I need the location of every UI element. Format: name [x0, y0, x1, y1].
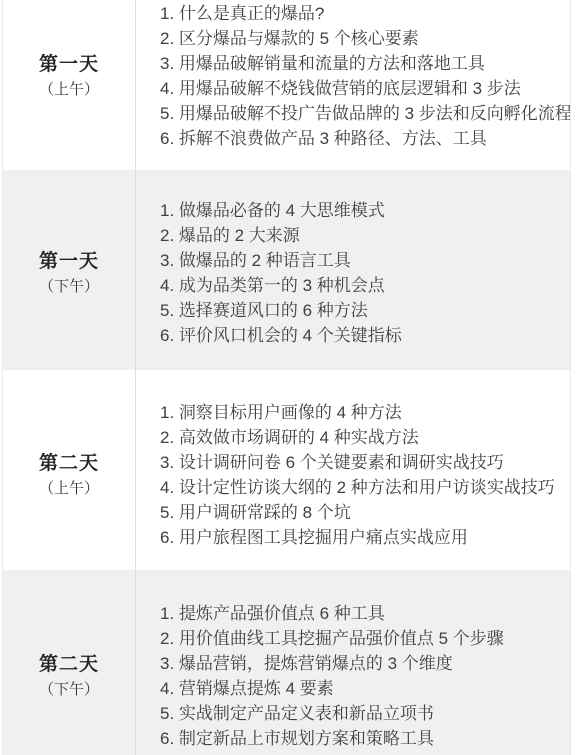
day-cell: 第一天 （下午）: [3, 170, 136, 370]
topic-item: 4. 成为品类第一的 3 种机会点: [160, 273, 402, 298]
topic-item: 5. 用户调研常踩的 8 个坑: [160, 500, 555, 525]
topics-cell: 1. 什么是真正的爆品? 2. 区分爆品与爆款的 5 个核心要素 3. 用爆品破…: [136, 0, 570, 170]
session-label: （下午）: [39, 679, 99, 701]
day-cell: 第二天 （上午）: [3, 370, 136, 570]
course-schedule-table: 第一天 （上午） 1. 什么是真正的爆品? 2. 区分爆品与爆款的 5 个核心要…: [2, 0, 571, 755]
topic-item: 5. 用爆品破解不投广告做品牌的 3 步法和反向孵化流程: [160, 101, 570, 126]
topic-item: 5. 选择赛道风口的 6 种方法: [160, 298, 402, 323]
topic-item: 6. 拆解不浪费做产品 3 种路径、方法、工具: [160, 126, 570, 151]
session-label: （上午）: [39, 79, 99, 101]
day-cell: 第二天 （下午）: [3, 570, 136, 755]
topic-item: 2. 区分爆品与爆款的 5 个核心要素: [160, 26, 570, 51]
topic-item: 3. 设计调研问卷 6 个关键要素和调研实战技巧: [160, 450, 555, 475]
topic-item: 4. 用爆品破解不烧钱做营销的底层逻辑和 3 步法: [160, 76, 570, 101]
topic-item: 2. 高效做市场调研的 4 种实战方法: [160, 425, 555, 450]
day-label: 第二天: [39, 651, 99, 679]
topic-item: 3. 做爆品的 2 种语言工具: [160, 248, 402, 273]
topic-item: 2. 爆品的 2 大来源: [160, 223, 402, 248]
topic-item: 1. 提炼产品强价值点 6 种工具: [160, 601, 504, 626]
day-label: 第一天: [39, 51, 99, 79]
table-row: 第一天 （下午） 1. 做爆品必备的 4 大思维模式 2. 爆品的 2 大来源 …: [3, 170, 570, 370]
topic-item: 1. 什么是真正的爆品?: [160, 1, 570, 26]
day-label: 第一天: [39, 248, 99, 276]
topic-item: 3. 爆品营销，提炼营销爆点的 3 个维度: [160, 651, 504, 676]
topics-cell: 1. 做爆品必备的 4 大思维模式 2. 爆品的 2 大来源 3. 做爆品的 2…: [136, 170, 570, 370]
session-label: （上午）: [39, 478, 99, 500]
topic-item: 3. 用爆品破解销量和流量的方法和落地工具: [160, 51, 570, 76]
topic-item: 2. 用价值曲线工具挖掘产品强价值点 5 个步骤: [160, 626, 504, 651]
topics-cell: 1. 提炼产品强价值点 6 种工具 2. 用价值曲线工具挖掘产品强价值点 5 个…: [136, 570, 570, 755]
session-label: （下午）: [39, 276, 99, 298]
topic-item: 6. 制定新品上市规划方案和策略工具: [160, 726, 504, 751]
topics-cell: 1. 洞察目标用户画像的 4 种方法 2. 高效做市场调研的 4 种实战方法 3…: [136, 370, 570, 570]
topic-item: 1. 洞察目标用户画像的 4 种方法: [160, 400, 555, 425]
table-row: 第二天 （上午） 1. 洞察目标用户画像的 4 种方法 2. 高效做市场调研的 …: [3, 370, 570, 570]
topic-item: 6. 用户旅程图工具挖掘用户痛点实战应用: [160, 525, 555, 550]
topic-item: 5. 实战制定产品定义表和新品立项书: [160, 701, 504, 726]
topic-item: 1. 做爆品必备的 4 大思维模式: [160, 198, 402, 223]
table-row: 第一天 （上午） 1. 什么是真正的爆品? 2. 区分爆品与爆款的 5 个核心要…: [3, 0, 570, 170]
day-label: 第二天: [39, 450, 99, 478]
topic-item: 4. 营销爆点提炼 4 要素: [160, 676, 504, 701]
day-cell: 第一天 （上午）: [3, 0, 136, 170]
topic-item: 6. 评价风口机会的 4 个关键指标: [160, 323, 402, 348]
topic-item: 4. 设计定性访谈大纲的 2 种方法和用户访谈实战技巧: [160, 475, 555, 500]
table-row: 第二天 （下午） 1. 提炼产品强价值点 6 种工具 2. 用价值曲线工具挖掘产…: [3, 570, 570, 755]
